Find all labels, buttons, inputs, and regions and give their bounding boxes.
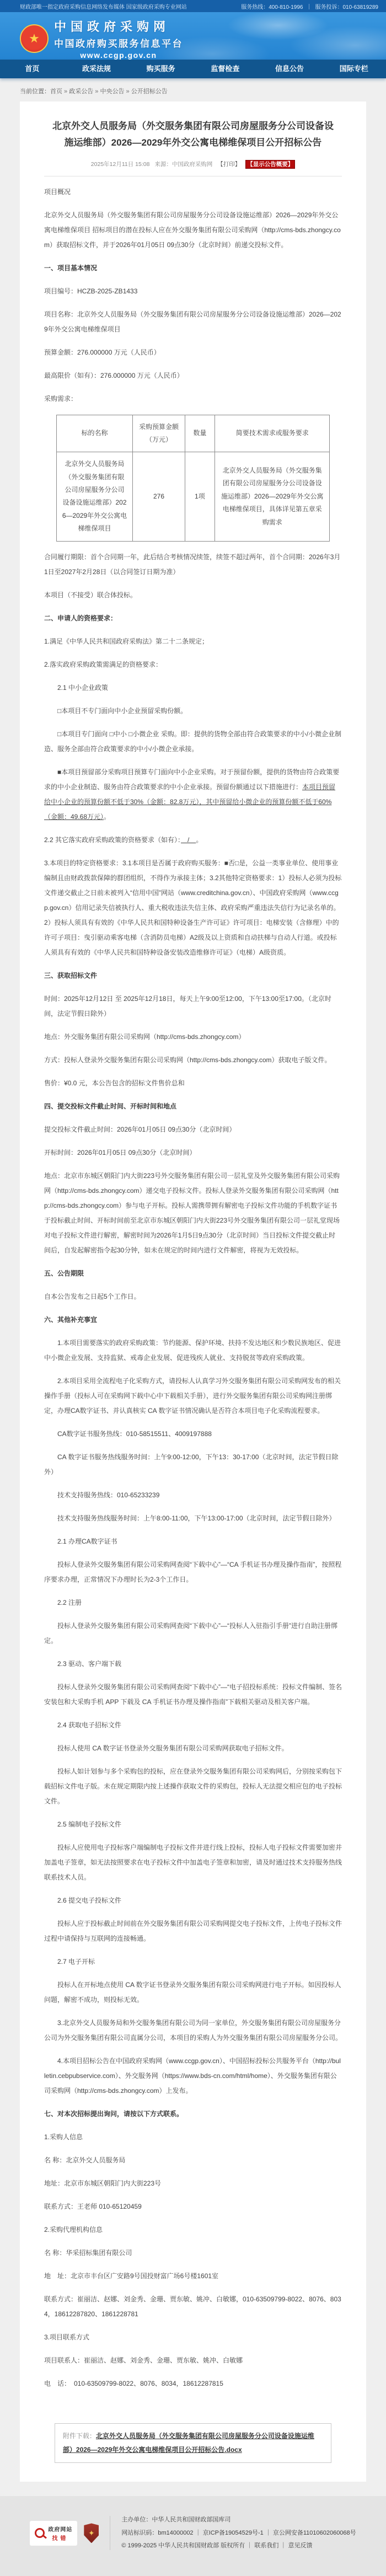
paragraph-text: 2.本项目采用全流程电子化采购方式，请投标人认真学习外交服务集团有限公司采购网发…	[44, 1377, 341, 1415]
article-paragraph: 2.3 驱动、客户端下载	[44, 1657, 342, 1672]
article-paragraph: 项目概况	[44, 185, 342, 200]
nav-item[interactable]: 信息公告	[258, 60, 322, 78]
paragraph-text: 时间：2025年12月12日 至 2025年12月18日，每天上午9:00至12…	[44, 995, 331, 1017]
paragraph-text: 北京外交人员服务局（外交服务集团有限公司房屋服务分公司设备设施运维部）2026—…	[44, 211, 341, 249]
article-paragraph: 预算金额：276.000000 万元（人民币）	[44, 345, 342, 360]
article-paragraph: 联系方式：王老师 010-65120459	[44, 2199, 342, 2214]
separator: ｜	[306, 2, 312, 10]
article-paragraph: 2.5 编制电子投标文件	[44, 1817, 342, 1832]
article-paragraph: 2.本项目采用全流程电子化采购方式，请投标人认真学习外交服务集团有限公司采购网发…	[44, 1374, 342, 1418]
article-paragraph: 联系方式：崔丽洁、赵娜、刘金秀、金珊、贾东敏、姚冲、白敏娜，010-635097…	[44, 2292, 342, 2322]
article-body: 项目概况 北京外交人员服务局（外交服务集团有限公司房屋服务分公司设备设施运维部）…	[44, 185, 342, 2463]
paragraph-text: 1.满足《中华人民共和国政府采购法》第二十二条规定；	[44, 638, 208, 645]
article-paragraph: 2.4 获取电子招标文件	[44, 1718, 342, 1733]
breadcrumb: 当前位置：首页政采公告中央公告公开招标公告	[0, 78, 386, 101]
article-paragraph: 售价：¥0.0 元，本公告包含的招标文件售价总和	[44, 1076, 342, 1091]
cell-requirements: 北京外交人员服务局（外交服务集团有限公司房屋服务分公司设备设施运维部）2026—…	[215, 452, 330, 541]
breadcrumb-link[interactable]: 政采公告	[62, 88, 93, 95]
cell-subject-name: 北京外交人员服务局（外交服务集团有限公司房屋服务分公司设备设施运维部）2026—…	[56, 452, 133, 541]
paragraph-text: 名 称：北京外交人员服务局	[44, 2156, 125, 2164]
article-paragraph: 3.本项目的特定资格要求：3.1本项目是否属于政府购买服务：■否□是，公益一类事…	[44, 856, 342, 960]
announcement-card: 北京外交人员服务局（外交服务集团有限公司房屋服务分公司设备设施运维部）2026—…	[20, 101, 366, 2482]
article-paragraph: 地址：北京市东城区朝阳门内大街223号	[44, 2176, 342, 2191]
paragraph-text: 联系方式：王老师 010-65120459	[44, 2203, 142, 2210]
post-table-paragraphs: 合同履行期限：首个合同期一年，此后结合考核情况续签，续签不超过两年，首个合同期：…	[44, 550, 342, 2391]
paragraph-text: 本项目（不接受）联合体投标。	[44, 591, 137, 599]
article-source: 来源：中国政府采购网	[154, 161, 212, 168]
paragraph-text: 项目编号：HCZB-2025-ZB1433	[44, 287, 137, 295]
paragraph-text: 二、申请人的资格要求：	[44, 614, 117, 622]
paragraph-text: 投标人登录外交服务集团有限公司采购网查阅“下载中心”—“CA 手机证书办理及操作…	[44, 1561, 341, 1583]
paragraph-tail: 。	[104, 813, 110, 821]
article-paragraph: 2.7 电子开标	[44, 1954, 342, 1969]
paragraph-text: □本项目不专门面向中小企业预留采购份额。	[57, 707, 187, 715]
article-paragraph: 2.采购代理机构信息	[44, 2222, 342, 2237]
article-paragraph: 一、项目基本情况	[44, 261, 342, 276]
service-hotline: 服务热线：400-810-1996	[241, 2, 303, 10]
article-paragraph: 四、提交投标文件截止时间、开标时间和地点	[44, 1099, 342, 1114]
article-paragraph: 名 称：北京外交人员服务局	[44, 2153, 342, 2168]
page-title: 北京外交人员服务局（外交服务集团有限公司房屋服务分公司设备设施运维部）2026—…	[44, 118, 342, 151]
paragraph-text: 1.采购人信息	[44, 2133, 83, 2141]
article-paragraph: 提交投标文件截止时间：2026年01月05日 09点30分（北京时间）	[44, 1122, 342, 1137]
article-paragraph: 2.6 提交电子投标文件	[44, 1893, 342, 1908]
site-logo[interactable]: 中国政府采购网 中国政府购买服务信息平台 www.ccgp.gov.cn	[54, 18, 183, 60]
contact-us-link[interactable]: 联系我们	[254, 2542, 278, 2549]
paragraph-text: 2.7 电子开标	[57, 1958, 95, 1966]
article-paragraph: 2.2 注册	[44, 1595, 342, 1610]
article-paragraph: 2.落实政府采购政策需满足的资格要求：	[44, 657, 342, 672]
paragraph-text: 2.6 提交电子投标文件	[57, 1897, 121, 1904]
paragraph-underlined-text: /	[181, 836, 196, 844]
article-paragraph: 投标人登录外交服务集团有限公司采购网查阅“下载中心”—“电子招投标系统：投标文件…	[44, 1680, 342, 1710]
paragraph-text: 名 称：华采招标集团有限公司	[44, 2249, 132, 2257]
pre-table-paragraphs: 项目概况 北京外交人员服务局（外交服务集团有限公司房屋服务分公司设备设施运维部）…	[44, 185, 342, 406]
paragraph-text: □本项目专门面向 □中小 □小微企业 采购。即：提供的货物全部由符合政策要求的中…	[44, 730, 341, 753]
table-body: 北京外交人员服务局（外交服务集团有限公司房屋服务分公司设备设施运维部）2026—…	[56, 452, 330, 541]
service-complaint: 服务投诉：010-63819289	[315, 2, 378, 10]
article-paragraph: 投标人使用 CA 数字证书登录外交服务集团有限公司采购网获取电子招标文件。	[44, 1741, 342, 1756]
paragraph-text: 2.采购代理机构信息	[44, 2226, 103, 2234]
paragraph-text: 五、公告期限	[44, 1270, 84, 1277]
paragraph-text: 2.落实政府采购政策需满足的资格要求：	[44, 661, 162, 668]
article-paragraph: 七、对本次招标提出询问，请按以下方式联系。	[44, 2107, 342, 2122]
table-header-cell: 采购预算金额（万元）	[133, 415, 185, 452]
article-paragraph: 1.满足《中华人民共和国政府采购法》第二十二条规定；	[44, 634, 342, 649]
attachment-box: 附件下载：北京外交人员服务局（外交服务集团有限公司房屋服务分公司设备设施运维部）…	[55, 2423, 331, 2463]
paragraph-text: 2.2 其它落实政府采购政策的资格要求（如有）：	[44, 836, 181, 844]
paragraph-text: 三、获取招标文件	[44, 972, 97, 979]
nav-item[interactable]: 首页	[0, 60, 65, 78]
find-error-badge-line1: 政府网站	[48, 2525, 72, 2533]
page-footer: 政府网站 找错 ✦ 主办单位：中华人民共和国财政部国库司 网站标识码：bm140…	[0, 2496, 386, 2576]
article-paragraph: 采购需求：	[44, 392, 342, 406]
paragraph-text: CA 数字证书服务热线服务时间：上午9:00-12:00，下午13：30-17:…	[44, 1453, 338, 1476]
paragraph-text: 2.2 注册	[57, 1599, 82, 1606]
cell-budget: 276	[133, 452, 185, 541]
paragraph-text: 3.北京外交人员服务局和外交服务集团有限公司为同一家单位，外交服务集团有限公司房…	[44, 2019, 342, 2042]
paragraph-text: 投标人应使用电子投标客户端编制电子投标文件并进行线上投标，投标人电子投标文件需要…	[44, 1844, 342, 1881]
table-header-cell: 简要技术需求或服务要求	[215, 415, 330, 452]
paragraph-text: 技术支持服务热线：010-65233239	[57, 1491, 159, 1499]
article-paragraph: 开标时间：2026年01月05日 09点30分（北京时间）	[44, 1145, 342, 1160]
footer-copyright-line: © 1999-2025 中华人民共和国财政部 版权所有 ｜ 联系我们 ｜ 意见反…	[121, 2540, 356, 2553]
article-paragraph: 北京外交人员服务局（外交服务集团有限公司房屋服务分公司设备设施运维部）2026—…	[44, 208, 342, 253]
procurement-requirements-table: 标的名称采购预算金额（万元）数量简要技术需求或服务要求 北京外交人员服务局（外交…	[56, 415, 330, 542]
feedback-link[interactable]: 意见反馈	[288, 2542, 312, 2549]
paragraph-text: 四、提交投标文件截止时间、开标时间和地点	[44, 1102, 176, 1110]
paragraph-text: 投标人在开标地点使用 CA 数字证书登录外交服务集团有限公司采购网进行电子开标。…	[44, 1981, 341, 2004]
attachment-download-link[interactable]: 北京外交人员服务局（外交服务集团有限公司房屋服务分公司设备设施运维部）2026—…	[63, 2432, 314, 2454]
article-paragraph: 本项目（不接受）联合体投标。	[44, 588, 342, 603]
article-paragraph: 项目名称：北京外交人员服务局（外交服务集团有限公司房屋服务分公司设备设施运维部）…	[44, 307, 342, 337]
breadcrumb-link[interactable]: 首页	[50, 88, 62, 95]
article-paragraph: 六、其他补充事宜	[44, 1313, 342, 1327]
article-paragraph: 2.2 其它落实政府采购政策的资格要求（如有）： / 。	[44, 833, 342, 848]
paragraph-text: 项目名称：北京外交人员服务局（外交服务集团有限公司房屋服务分公司设备设施运维部）…	[44, 310, 341, 333]
paragraph-text: 3.本项目的特定资格要求：3.1本项目是否属于政府购买服务：■否□是，公益一类事…	[44, 859, 341, 956]
paragraph-text: 自本公告发布之日起5个工作日。	[44, 1293, 141, 1300]
article-paragraph: 项目联系人：崔丽洁、赵娜、刘金秀、金珊、贾东敏、姚冲、白敏娜	[44, 2353, 342, 2368]
main-nav: 首页政采法规购买服务监督检查信息公告国际专栏	[0, 60, 386, 78]
article-paragraph: 3.北京外交人员服务局和外交服务集团有限公司为同一家单位，外交服务集团有限公司房…	[44, 2016, 342, 2045]
shield-glyph: ✦	[88, 2529, 95, 2538]
breadcrumb-prefix: 当前位置：	[20, 88, 50, 95]
paragraph-text: 3.项目联系方式	[44, 2333, 89, 2341]
footer-site-code: 网站标识码：bm14000002 ｜ 京ICP备19054529号-1 ｜ 京公…	[121, 2527, 356, 2540]
breadcrumb-link[interactable]: 中央公告	[93, 88, 124, 95]
nav-item[interactable]: 国际专栏	[321, 60, 386, 78]
paragraph-text: 一、项目基本情况	[44, 264, 97, 272]
paragraph-text: CA数字证书服务热线：010-58515511、4009197888	[57, 1430, 212, 1438]
paragraph-text: 2.5 编制电子投标文件	[57, 1820, 121, 1828]
paragraph-text: 七、对本次招标提出询问，请按以下方式联系。	[44, 2110, 183, 2118]
show-summary-button[interactable]: 【显示公告概要】	[245, 160, 295, 169]
paragraph-text: 2.4 获取电子招标文件	[57, 1721, 121, 1729]
article-paragraph: 时间：2025年12月12日 至 2025年12月18日，每天上午9:00至12…	[44, 992, 342, 1021]
article-paragraph: □本项目不专门面向中小企业预留采购份额。	[44, 704, 342, 719]
national-emblem-icon: ★	[20, 24, 49, 53]
paragraph-text: 地址：北京市东城区朝阳门内大街223号	[44, 2179, 161, 2187]
attachment-label: 附件下载：	[63, 2432, 96, 2440]
paragraph-text: 提交投标文件截止时间：2026年01月05日 09点30分（北京时间）	[44, 1126, 235, 1133]
site-subtitle: 中国政府购买服务信息平台	[54, 36, 183, 50]
article-paragraph: 1.本项目需要落实的政府采购政策：节约能源、保护环境、扶持不发达地区和少数民族地…	[44, 1336, 342, 1365]
paragraph-text: 项目概况	[44, 188, 71, 196]
paragraph-tail: 。	[196, 836, 202, 844]
article-paragraph: 地点：外交服务集团有限公司采购网（http://cms-bds.zhongcy.…	[44, 1030, 342, 1045]
paragraph-text: 六、其他补充事宜	[44, 1316, 97, 1324]
footer-gap	[0, 2482, 386, 2496]
nav-item[interactable]: 监督检查	[193, 60, 258, 78]
footer-copyright: © 1999-2025 中华人民共和国财政部 版权所有	[121, 2542, 245, 2549]
article-paragraph: 4.本项目招标公告在中国政府采购网（www.ccgp.gov.cn）、中国招标投…	[44, 2054, 342, 2098]
paragraph-text: 项目联系人：崔丽洁、赵娜、刘金秀、金珊、贾东敏、姚冲、白敏娜	[44, 2357, 243, 2364]
article-paragraph: 二、申请人的资格要求：	[44, 611, 342, 626]
paragraph-text: 投标人使用 CA 数字证书登录外交服务集团有限公司采购网获取电子招标文件。	[57, 1744, 288, 1752]
publish-datetime: 2025年12月11日 15:08	[91, 161, 150, 168]
separator: ｜	[246, 2542, 253, 2549]
article-paragraph: CA数字证书服务热线：010-58515511、4009197888	[44, 1427, 342, 1442]
paragraph-text: 投标人登录外交服务集团有限公司采购网查阅“下载中心”—“投标人入驻指引手册”进行…	[44, 1622, 337, 1645]
article-paragraph: 投标人如计划参与多个采购包的投标，应在登录外交服务集团有限公司采购网后，分别按采…	[44, 1764, 342, 1809]
article-paragraph: □本项目专门面向 □中小 □小微企业 采购。即：提供的货物全部由符合政策要求的中…	[44, 727, 342, 757]
party-gov-shield-badge-icon[interactable]: ✦	[84, 2523, 99, 2543]
paragraph-text: 地点：外交服务集团有限公司采购网（http://cms-bds.zhongcy.…	[44, 1033, 245, 1041]
footer-host: 主办单位：中华人民共和国财政部国库司	[121, 2514, 356, 2527]
article-paragraph: 投标人在开标地点使用 CA 数字证书登录外交服务集团有限公司采购网进行电子开标。…	[44, 1978, 342, 2007]
paragraph-text: 售价：¥0.0 元，本公告包含的招标文件售价总和	[44, 1079, 185, 1087]
nav-item[interactable]: 购买服务	[128, 60, 193, 78]
article-paragraph: 名 称：华采招标集团有限公司	[44, 2246, 342, 2261]
paragraph-text: 电 话： 010-63509799-8022、8076、8034，1861228…	[44, 2380, 223, 2387]
article-paragraph: CA 数字证书服务热线服务时间：上午9:00-12:00，下午13：30-17:…	[44, 1450, 342, 1480]
paragraph-text: 地 址：北京市丰台区广安路9号国投财富广场6号楼1601室	[44, 2272, 218, 2280]
breadcrumb-links: 首页政采公告中央公告公开招标公告	[50, 88, 168, 95]
article-paragraph: 合同履行期限：首个合同期一年，此后结合考核情况续签，续签不超过两年，首个合同期：…	[44, 550, 342, 580]
paragraph-text: 开标时间：2026年01月05日 09点30分（北京时间）	[44, 1149, 196, 1156]
article-paragraph: 方式：投标人登录外交服务集团有限公司采购网（http://cms-bds.zho…	[44, 1053, 342, 1068]
article-paragraph: 3.项目联系方式	[44, 2330, 342, 2345]
cell-quantity: 1项	[185, 452, 215, 541]
table-header-cell: 标的名称	[56, 415, 133, 452]
article-paragraph: 电 话： 010-63509799-8022、8076、8034，1861228…	[44, 2376, 342, 2391]
site-banner: ★ 中国政府采购网 中国政府购买服务信息平台 www.ccgp.gov.cn	[0, 12, 386, 60]
paragraph-text: 投标人如计划参与多个采购包的投标，应在登录外交服务集团有限公司采购网后，分别按采…	[44, 1768, 342, 1805]
paragraph-text: 方式：投标人登录外交服务集团有限公司采购网（http://cms-bds.zho…	[44, 1056, 331, 1064]
emblem-star: ★	[29, 33, 40, 45]
article-paragraph: ■本项目预留部分采购项目预算专门面向中小企业采购。对于预留份额，提供的货物由符合…	[44, 765, 342, 824]
paragraph-text: 1.本项目需要落实的政府采购政策：节约能源、保护环境、扶持不发达地区和少数民族地…	[44, 1339, 341, 1362]
article-paragraph: 三、获取招标文件	[44, 968, 342, 983]
article-paragraph: 2.1 办理CA数字证书	[44, 1534, 342, 1549]
article-paragraph: 最高限价（如有）：276.000000 万元（人民币）	[44, 368, 342, 383]
article-paragraph: 投标人登录外交服务集团有限公司采购网查阅“下载中心”—“CA 手机证书办理及操作…	[44, 1557, 342, 1587]
topbar-slogan: 财政部唯一指定政府采购信息网络发布媒体 国家级政府采购专业网站	[20, 2, 187, 10]
gov-site-find-error-badge[interactable]: 政府网站 找错	[30, 2521, 77, 2546]
site-title: 中国政府采购网	[54, 18, 183, 35]
title-divider	[44, 176, 342, 176]
print-button[interactable]: 【打印】	[217, 161, 240, 168]
paragraph-text: 预算金额：276.000000 万元（人民币）	[44, 349, 160, 356]
table-header-row: 标的名称采购预算金额（万元）数量简要技术需求或服务要求	[56, 415, 330, 452]
paragraph-text: 2.3 驱动、客户端下载	[57, 1660, 121, 1668]
article-paragraph: 投标人登录外交服务集团有限公司采购网查阅“下载中心”—“投标人入驻指引手册”进行…	[44, 1619, 342, 1648]
article-meta: 2025年12月11日 15:08 来源：中国政府采购网 【打印】 【显示公告概…	[44, 160, 342, 168]
paragraph-text: ■本项目预留部分采购项目预算专门面向中小企业采购。对于预留份额，提供的货物由符合…	[44, 768, 339, 791]
paragraph-text: 2.1 中小企业政策	[57, 684, 108, 692]
article-paragraph: 投标人应使用电子投标客户端编制电子投标文件并进行线上投标，投标人电子投标文件需要…	[44, 1840, 342, 1885]
find-error-badge-line2: 找错	[48, 2534, 72, 2542]
article-paragraph: 投标人应于投标截止时间前在外交服务集团有限公司采购网提交电子投标文件，上传电子投…	[44, 1916, 342, 1946]
article-paragraph: 2.1 中小企业政策	[44, 681, 342, 695]
paragraph-text: 合同履行期限：首个合同期一年，此后结合考核情况续签，续签不超过两年，首个合同期：…	[44, 553, 340, 576]
article-paragraph: 地点：北京市东城区朝阳门内大街223号外交服务集团有限公司一层礼堂及外交服务集团…	[44, 1169, 342, 1258]
article-paragraph: 技术支持服务热线：010-65233239	[44, 1488, 342, 1503]
article-paragraph: 项目编号：HCZB-2025-ZB1433	[44, 284, 342, 299]
breadcrumb-link[interactable]: 公开招标公告	[124, 88, 167, 95]
footer-text: 主办单位：中华人民共和国财政部国库司 网站标识码：bm14000002 ｜ 京I…	[121, 2514, 356, 2553]
separator: ｜	[280, 2542, 286, 2549]
article-paragraph: 技术支持服务热线服务时间：上午8:00-11:00，下午13:00-17:00（…	[44, 1511, 342, 1526]
article-paragraph: 自本公告发布之日起5个工作日。	[44, 1289, 342, 1304]
paragraph-text: 技术支持服务热线服务时间：上午8:00-11:00，下午13:00-17:00（…	[57, 1514, 336, 1522]
footer-divider	[110, 2516, 110, 2550]
paragraph-text: 地点：北京市东城区朝阳门内大街223号外交服务集团有限公司一层礼堂及外交服务集团…	[44, 1172, 340, 1254]
magnifier-icon	[35, 2528, 45, 2538]
table-row: 北京外交人员服务局（外交服务集团有限公司房屋服务分公司设备设施运维部）2026—…	[56, 452, 330, 541]
table-header-cell: 数量	[185, 415, 215, 452]
page: 财政部唯一指定政府采购信息网络发布媒体 国家级政府采购专业网站 服务热线：400…	[0, 0, 386, 2576]
paragraph-text: 投标人应于投标截止时间前在外交服务集团有限公司采购网提交电子投标文件，上传电子投…	[44, 1920, 342, 1942]
top-utility-bar: 财政部唯一指定政府采购信息网络发布媒体 国家级政府采购专业网站 服务热线：400…	[0, 0, 386, 12]
paragraph-text: 2.1 办理CA数字证书	[57, 1538, 117, 1545]
paragraph-text: 4.本项目招标公告在中国政府采购网（www.ccgp.gov.cn）、中国招标投…	[44, 2057, 341, 2095]
article-paragraph: 五、公告期限	[44, 1266, 342, 1281]
nav-item[interactable]: 政采法规	[65, 60, 129, 78]
article-paragraph: 1.采购人信息	[44, 2130, 342, 2145]
paragraph-text: 最高限价（如有）：276.000000 万元（人民币）	[44, 372, 184, 379]
paragraph-text: 采购需求：	[44, 395, 77, 403]
site-url: www.ccgp.gov.cn	[54, 51, 183, 60]
paragraph-text: 投标人登录外交服务集团有限公司采购网查阅“下载中心”—“电子招投标系统：投标文件…	[44, 1683, 342, 1706]
article-paragraph: 地 址：北京市丰台区广安路9号国投财富广场6号楼1601室	[44, 2269, 342, 2284]
paragraph-text: 联系方式：崔丽洁、赵娜、刘金秀、金珊、贾东敏、姚冲、白敏娜，010-635097…	[44, 2295, 341, 2318]
